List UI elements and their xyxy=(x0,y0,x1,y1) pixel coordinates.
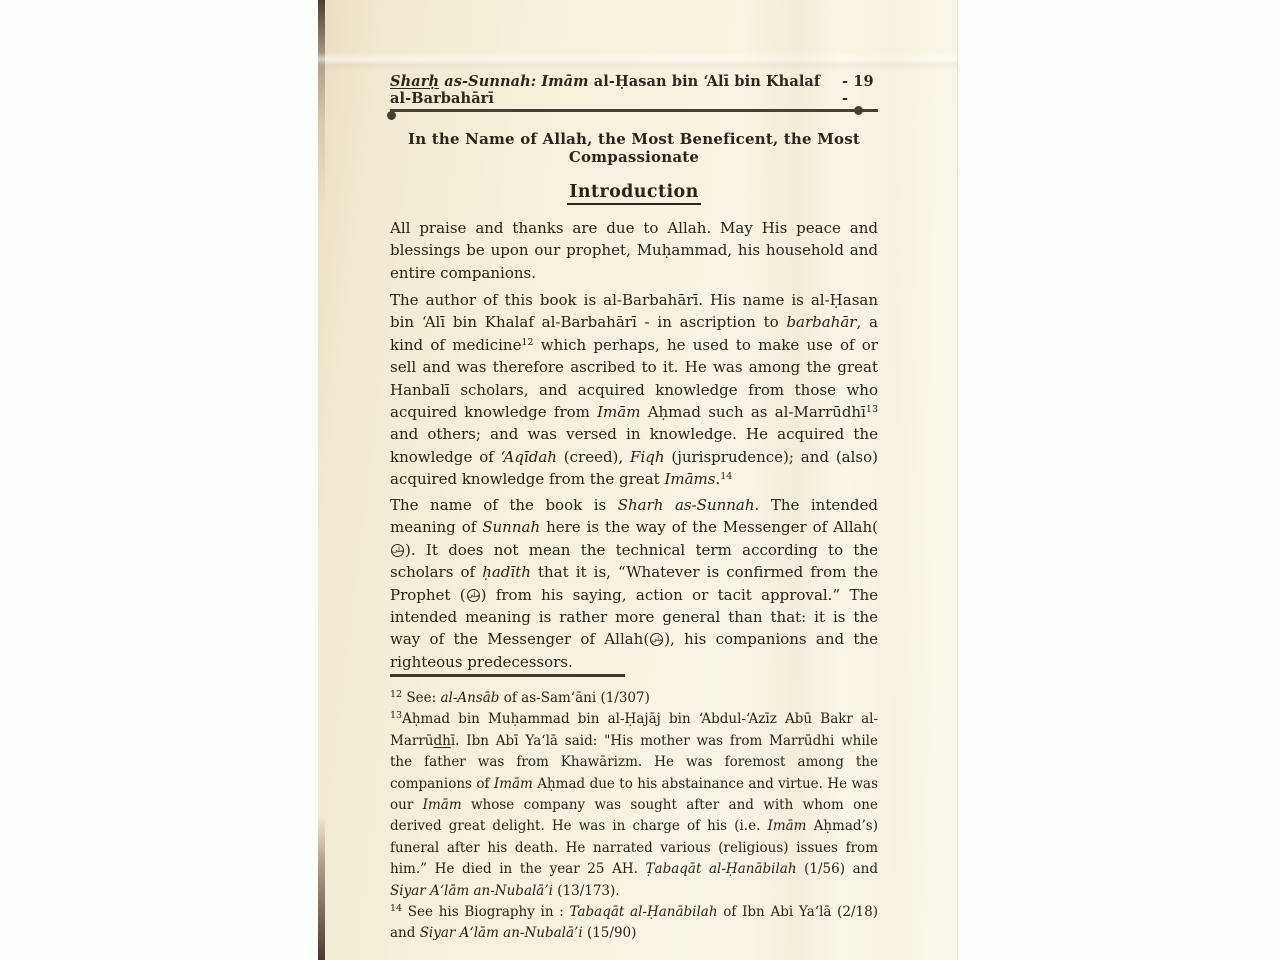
running-header-title: Sharḥ as-Sunnah: Imām al-Ḥasan bin ‘Alī … xyxy=(390,73,842,107)
body-paragraph-3: The name of the book is Sharh as-Sunnah.… xyxy=(390,494,878,673)
prophet-seal-icon: صلى xyxy=(650,633,663,646)
page-left-edge-shadow xyxy=(318,0,325,960)
header-divider-rule xyxy=(390,109,878,112)
body-paragraph-1: All praise and thanks are due to Allah. … xyxy=(390,217,878,284)
scan-background: { "colors": { "page_background": "#f5efd… xyxy=(0,0,1280,960)
page-number: - 19 - xyxy=(842,73,878,107)
footnote-separator-rule xyxy=(390,674,625,677)
footnote-14: 14 See his Biography in : Tabaqāt al-Ḥan… xyxy=(390,902,878,945)
section-heading-text: Introduction xyxy=(567,182,700,205)
footnotes-block: 12 See: al-Ansāb of as-Sam‘āni (1/307) 1… xyxy=(390,688,878,945)
footnote-12: 12 See: al-Ansāb of as-Sam‘āni (1/307) xyxy=(390,688,878,709)
prophet-seal-icon: صلى xyxy=(391,544,404,557)
running-header-line: Sharḥ as-Sunnah: Imām al-Ḥasan bin ‘Alī … xyxy=(390,73,878,107)
bismillah-line: In the Name of Allah, the Most Beneficen… xyxy=(390,130,878,166)
running-header: Sharḥ as-Sunnah: Imām al-Ḥasan bin ‘Alī … xyxy=(390,73,878,112)
body-paragraph-2: The author of this book is al-Barbahārī.… xyxy=(390,289,878,491)
prophet-seal-icon: صلى xyxy=(467,589,480,602)
section-heading: Introduction xyxy=(390,182,878,202)
page-content: Sharḥ as-Sunnah: Imām al-Ḥasan bin ‘Alī … xyxy=(390,0,878,960)
book-page-scan: Sharḥ as-Sunnah: Imām al-Ḥasan bin ‘Alī … xyxy=(318,0,958,960)
footnote-13: 13Aḥmad bin Muḥammad bin al-Ḥajāj bin ‘A… xyxy=(390,709,878,902)
